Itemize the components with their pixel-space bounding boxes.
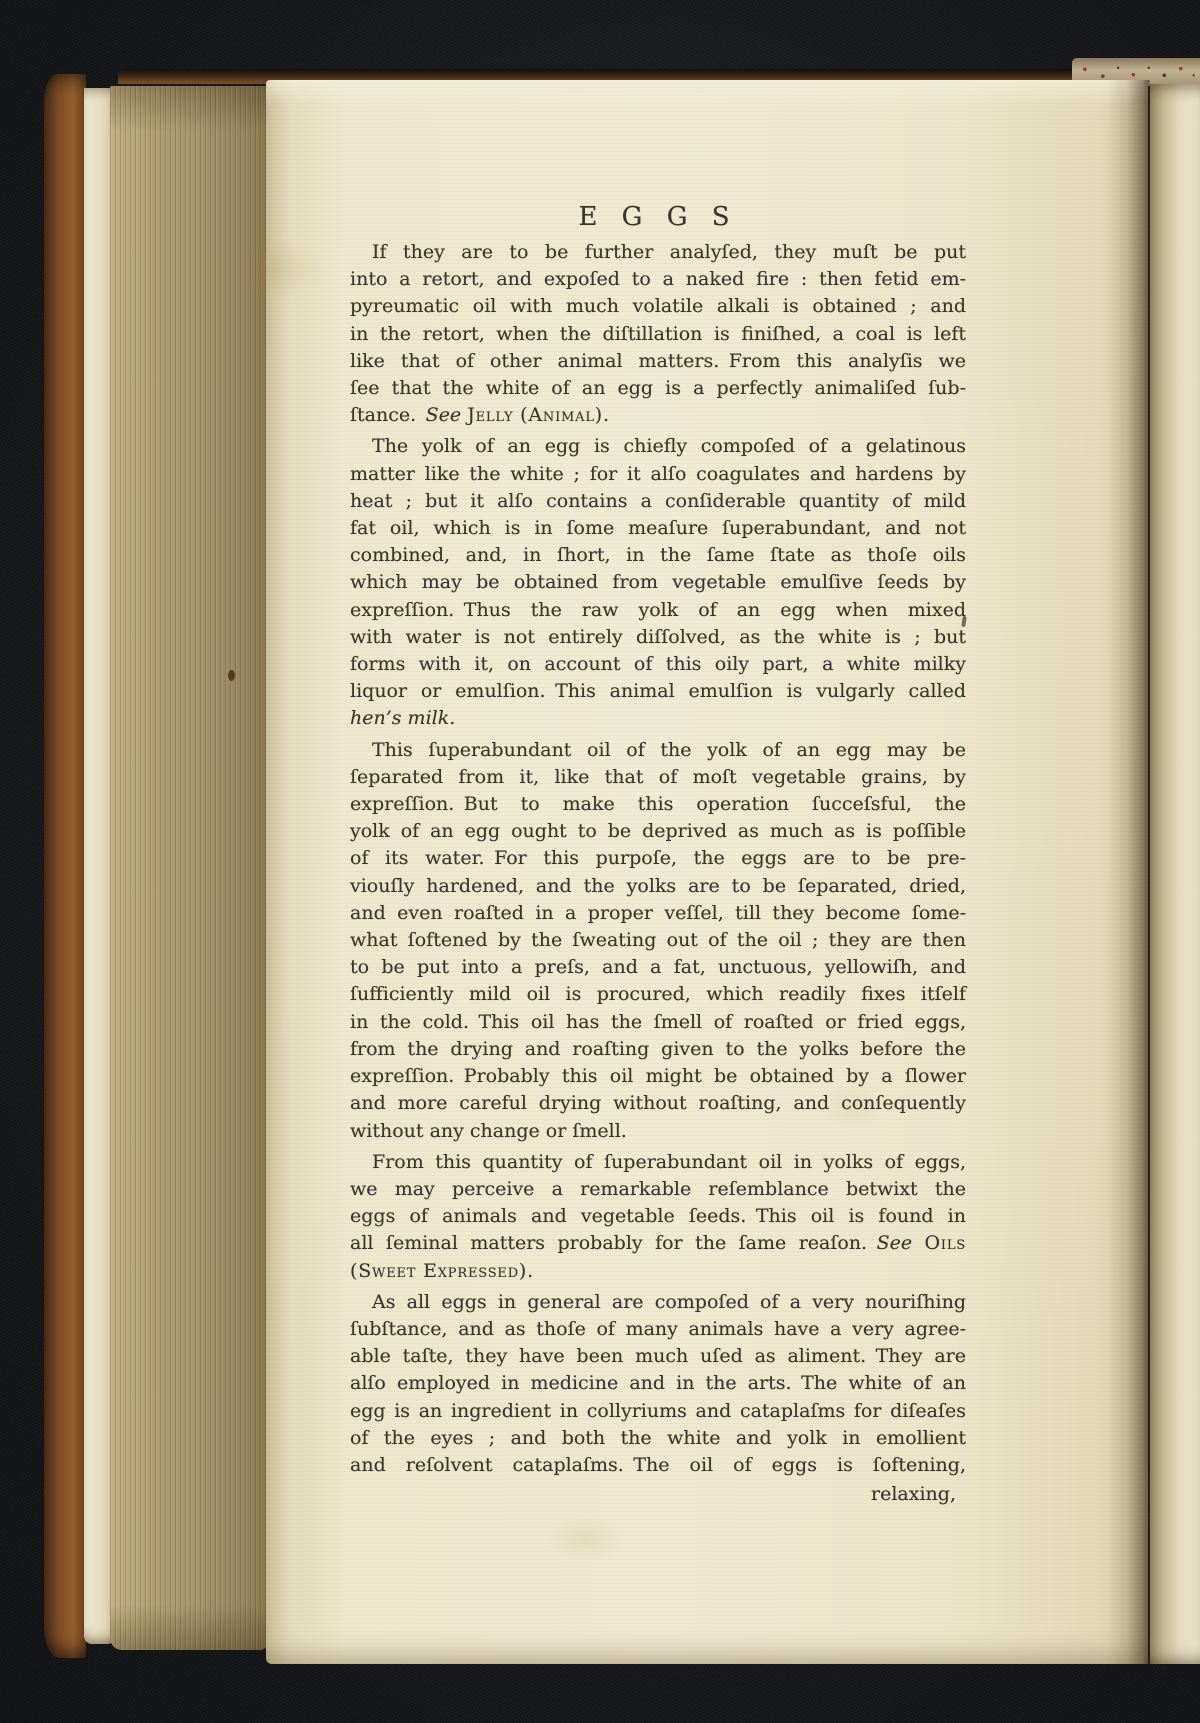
text-line: ſufficiently mild oil is procured, which… bbox=[350, 981, 966, 1008]
text-line: with water is not entirely diſſolved, as… bbox=[350, 624, 966, 651]
text-line: of the eyes ; and both the white and yol… bbox=[350, 1425, 966, 1452]
text-line: to be put into a preſs, and a fat, unctu… bbox=[350, 954, 966, 981]
text-line: in the retort, when the diſtillation is … bbox=[350, 321, 966, 348]
text-line: The yolk of an egg is chiefly compoſed o… bbox=[350, 433, 966, 460]
text-line: ſtance. See Jelly (Animal). bbox=[350, 402, 966, 429]
facing-page-edge bbox=[1150, 84, 1200, 1664]
text-line: able taſte, they have been much uſed as … bbox=[350, 1343, 966, 1370]
text-line: heat ; but it alſo contains a conſiderab… bbox=[350, 488, 966, 515]
text-line: and even roaſted in a proper veſſel, til… bbox=[350, 900, 966, 927]
text-line: in the cold. This oil has the ſmell of r… bbox=[350, 1009, 966, 1036]
page-heading: E G G S bbox=[350, 202, 966, 232]
text-line: This ſuperabundant oil of the yolk of an… bbox=[350, 737, 966, 764]
text-line: matter like the white ; for it alſo coag… bbox=[350, 461, 966, 488]
gutter-shadow bbox=[1108, 80, 1150, 1664]
page-text: E G G S If they are to be further analyſ… bbox=[350, 202, 966, 1532]
text-line: hen’s milk. bbox=[350, 705, 966, 732]
fore-edge-fleck bbox=[228, 670, 235, 681]
text-line: As all eggs in general are compoſed of a… bbox=[350, 1289, 966, 1316]
text-line: into a retort, and expoſed to a naked fi… bbox=[350, 266, 966, 293]
text-line: ſee that the white of an egg is a perfec… bbox=[350, 375, 966, 402]
text-line: like that of other animal matters. From … bbox=[350, 348, 966, 375]
text-line: expreſſion. But to make this operation ſ… bbox=[350, 791, 966, 818]
paragraph: This ſuperabundant oil of the yolk of an… bbox=[350, 737, 966, 1145]
paper-stain bbox=[238, 238, 324, 300]
flyleaf-page-edge bbox=[84, 88, 112, 1644]
text-line: forms with it, on account of this oily p… bbox=[350, 651, 966, 678]
book-fore-edge bbox=[110, 86, 268, 1650]
text-line: and more careful drying without roaſting… bbox=[350, 1090, 966, 1117]
text-line: what ſoftened by the ſweating out of the… bbox=[350, 927, 966, 954]
text-line: we may perceive a remarkable reſemblance… bbox=[350, 1176, 966, 1203]
catchword: relaxing, bbox=[871, 1483, 956, 1505]
text-line: which may be obtained from vegetable emu… bbox=[350, 569, 966, 596]
text-line: liquor or emulſion. This animal emulſion… bbox=[350, 678, 966, 705]
text-line: From this quantity of ſuperabundant oil … bbox=[350, 1149, 966, 1176]
paragraph: From this quantity of ſuperabundant oil … bbox=[350, 1149, 966, 1285]
text-line: viouſly hardened, and the yolks are to b… bbox=[350, 873, 966, 900]
text-line: and reſolvent cataplaſms. The oil of egg… bbox=[350, 1452, 966, 1479]
paragraph: The yolk of an egg is chiefly compoſed o… bbox=[350, 433, 966, 732]
text-line: combined, and, in ſhort, in the ſame ſta… bbox=[350, 542, 966, 569]
photo-scene: E G G S If they are to be further analyſ… bbox=[0, 0, 1200, 1723]
text-line: expreſſion. Probably this oil might be o… bbox=[350, 1063, 966, 1090]
leather-cover-edge bbox=[44, 74, 86, 1658]
text-line: from the drying and roaſting given to th… bbox=[350, 1036, 966, 1063]
text-line: egg is an ingredient in collyriums and c… bbox=[350, 1398, 966, 1425]
text-line: If they are to be further analyſed, they… bbox=[350, 239, 966, 266]
text-line: (Sweet Expressed). bbox=[350, 1258, 966, 1285]
text-line: expreſſion. Thus the raw yolk of an egg … bbox=[350, 597, 966, 624]
paragraphs: If they are to be further analyſed, they… bbox=[350, 239, 966, 1479]
text-line: of its water. For this purpoſe, the eggs… bbox=[350, 845, 966, 872]
text-line: without any change or ſmell. bbox=[350, 1118, 966, 1145]
text-line: alſo employed in medicine and in the art… bbox=[350, 1370, 966, 1397]
text-line: eggs of animals and vegetable ſeeds. Thi… bbox=[350, 1203, 966, 1230]
paragraph: If they are to be further analyſed, they… bbox=[350, 239, 966, 429]
text-line: all ſeminal matters probably for the ſam… bbox=[350, 1230, 966, 1257]
text-line: fat oil, which is in ſome meaſure ſupera… bbox=[350, 515, 966, 542]
text-line: ſeparated from it, like that of moſt veg… bbox=[350, 764, 966, 791]
paragraph: As all eggs in general are compoſed of a… bbox=[350, 1289, 966, 1479]
text-line: pyreumatic oil with much volatile alkali… bbox=[350, 293, 966, 320]
text-line: ſubſtance, and as thoſe of many animals … bbox=[350, 1316, 966, 1343]
text-line: yolk of an egg ought to be deprived as m… bbox=[350, 818, 966, 845]
